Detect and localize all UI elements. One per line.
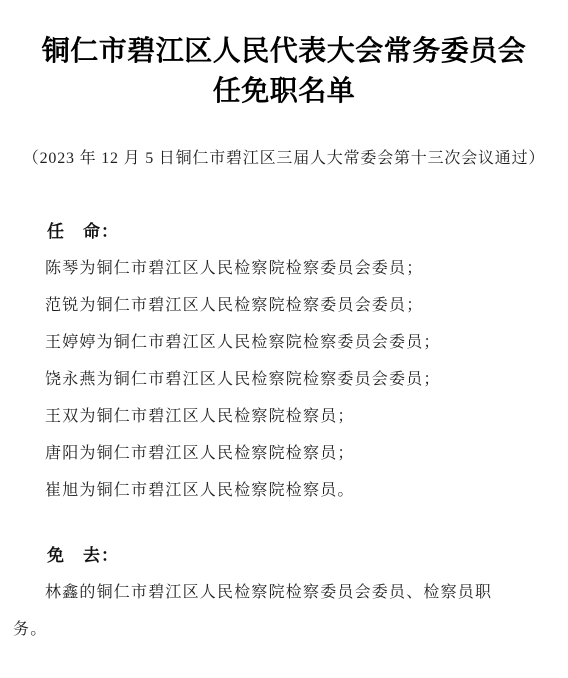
appointment-item: 饶永燕为铜仁市碧江区人民检察院检察委员会委员； — [13, 361, 555, 398]
appointment-item: 范锐为铜仁市碧江区人民检察院检察委员会委员； — [13, 287, 555, 324]
appointment-item: 王婷婷为铜仁市碧江区人民检察院检察委员会委员； — [13, 324, 555, 361]
appointment-item: 陈琴为铜仁市碧江区人民检察院检察委员会委员； — [13, 250, 555, 287]
document-title: 铜仁市碧江区人民代表大会常务委员会 任免职名单 — [13, 0, 555, 112]
meeting-note: （2023 年 12 月 5 日铜仁市碧江区三届人大常委会第十三次会议通过） — [13, 148, 555, 169]
removal-line-continuation: 务。 — [13, 611, 555, 648]
document-page: 铜仁市碧江区人民代表大会常务委员会 任免职名单 （2023 年 12 月 5 日… — [0, 0, 568, 678]
title-line-1: 铜仁市碧江区人民代表大会常务委员会 — [13, 32, 555, 72]
section-appointments: 任 命： 陈琴为铜仁市碧江区人民检察院检察委员会委员； 范锐为铜仁市碧江区人民检… — [13, 213, 555, 509]
removals-heading: 免 去： — [13, 537, 555, 574]
appointment-item: 崔旭为铜仁市碧江区人民检察院检察员。 — [13, 472, 555, 509]
section-removals: 免 去： 林鑫的铜仁市碧江区人民检察院检察委员会委员、检察员职 务。 — [13, 537, 555, 648]
appointment-item: 唐阳为铜仁市碧江区人民检察院检察员； — [13, 435, 555, 472]
appointments-heading: 任 命： — [13, 213, 555, 250]
title-line-2: 任免职名单 — [13, 72, 555, 112]
appointment-item: 王双为铜仁市碧江区人民检察院检察员； — [13, 398, 555, 435]
removal-line: 林鑫的铜仁市碧江区人民检察院检察委员会委员、检察员职 — [13, 574, 555, 611]
